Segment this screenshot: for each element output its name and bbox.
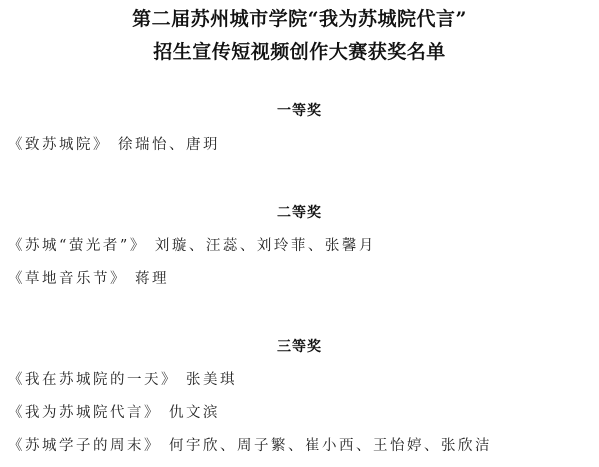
- work-title: 《我在苏城院的一天》: [8, 372, 178, 388]
- work-authors: 何宇欣、周子繁、崔小西、王怡婷、张欣洁: [169, 438, 492, 454]
- document-title-line-2: 招生宣传短视频创作大赛获奖名单: [0, 37, 599, 64]
- award-entry: 《我为苏城院代言》仇文滨: [8, 401, 220, 422]
- first-prize-heading: 一等奖: [0, 100, 599, 120]
- award-entry: 《苏城学子的周末》何宇欣、周子繁、崔小西、王怡婷、张欣洁: [8, 434, 492, 455]
- award-entry: 《苏城“萤光者”》刘璇、汪蕊、刘玲菲、张馨月: [8, 234, 376, 255]
- award-entry: 《草地音乐节》蒋理: [8, 267, 169, 288]
- work-authors: 仇文滨: [169, 405, 220, 421]
- work-authors: 蒋理: [135, 271, 169, 287]
- award-entry: 《我在苏城院的一天》张美琪: [8, 368, 237, 389]
- work-authors: 张美琪: [186, 372, 237, 388]
- award-entry: 《致苏城院》徐瑞怡、唐玥: [8, 133, 220, 154]
- work-authors: 徐瑞怡、唐玥: [118, 137, 220, 153]
- second-prize-heading: 二等奖: [0, 202, 599, 222]
- work-title: 《苏城“萤光者”》: [8, 238, 147, 254]
- work-title: 《致苏城院》: [8, 137, 110, 153]
- work-title: 《草地音乐节》: [8, 271, 127, 287]
- work-title: 《我为苏城院代言》: [8, 405, 161, 421]
- third-prize-heading: 三等奖: [0, 336, 599, 356]
- work-authors: 刘璇、汪蕊、刘玲菲、张馨月: [155, 238, 376, 254]
- work-title: 《苏城学子的周末》: [8, 438, 161, 454]
- document-title-line-1: 第二届苏州城市学院“我为苏城院代言”: [0, 4, 599, 31]
